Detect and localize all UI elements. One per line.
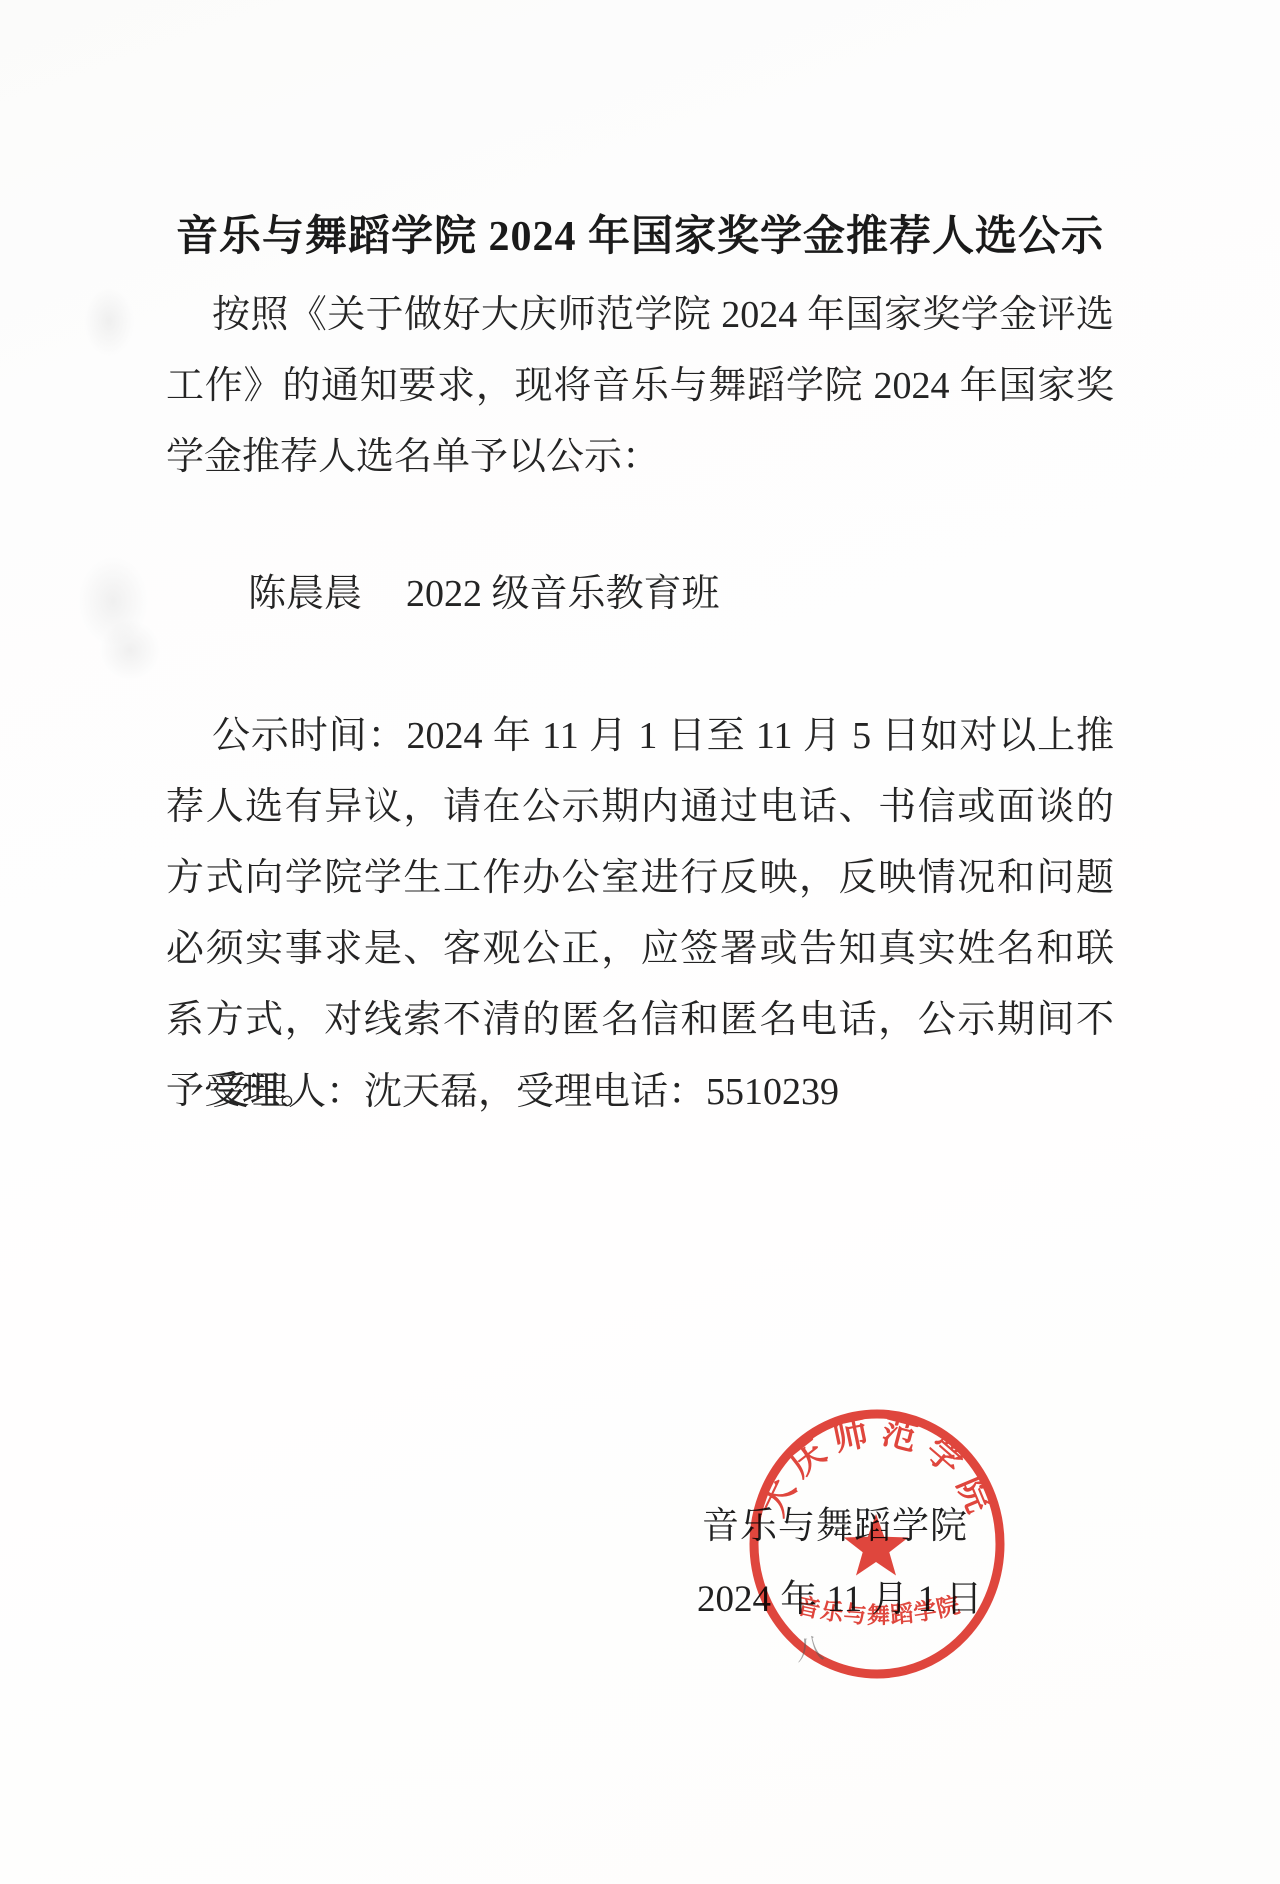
candidate-class: 2022 级音乐教育班 [406,573,720,615]
candidate-name: 陈晨晨 [248,573,362,615]
candidate-line: 陈晨晨2022 级音乐教育班 [166,559,1114,630]
contact-line: 受理人：沈天磊，受理电话：5510239 [166,1057,1114,1128]
page-title: 音乐与舞蹈学院 2024 年国家奖学金推荐人选公示 [0,212,1280,262]
intro-paragraph: 按照《关于做好大庆师范学院 2024 年国家奖学金评选工作》的通知要求，现将音乐… [166,280,1114,493]
scan-smudge [84,286,134,356]
scan-smudge [100,620,160,680]
announcement-page: 音乐与舞蹈学院 2024 年国家奖学金推荐人选公示 按照《关于做好大庆师范学院 … [0,0,1280,1884]
signature-date: 2024 年 11 月 1 日 [697,1576,982,1624]
scan-stray-mark: 八 [794,1627,826,1670]
signature-org: 音乐与舞蹈学院 [702,1503,968,1551]
